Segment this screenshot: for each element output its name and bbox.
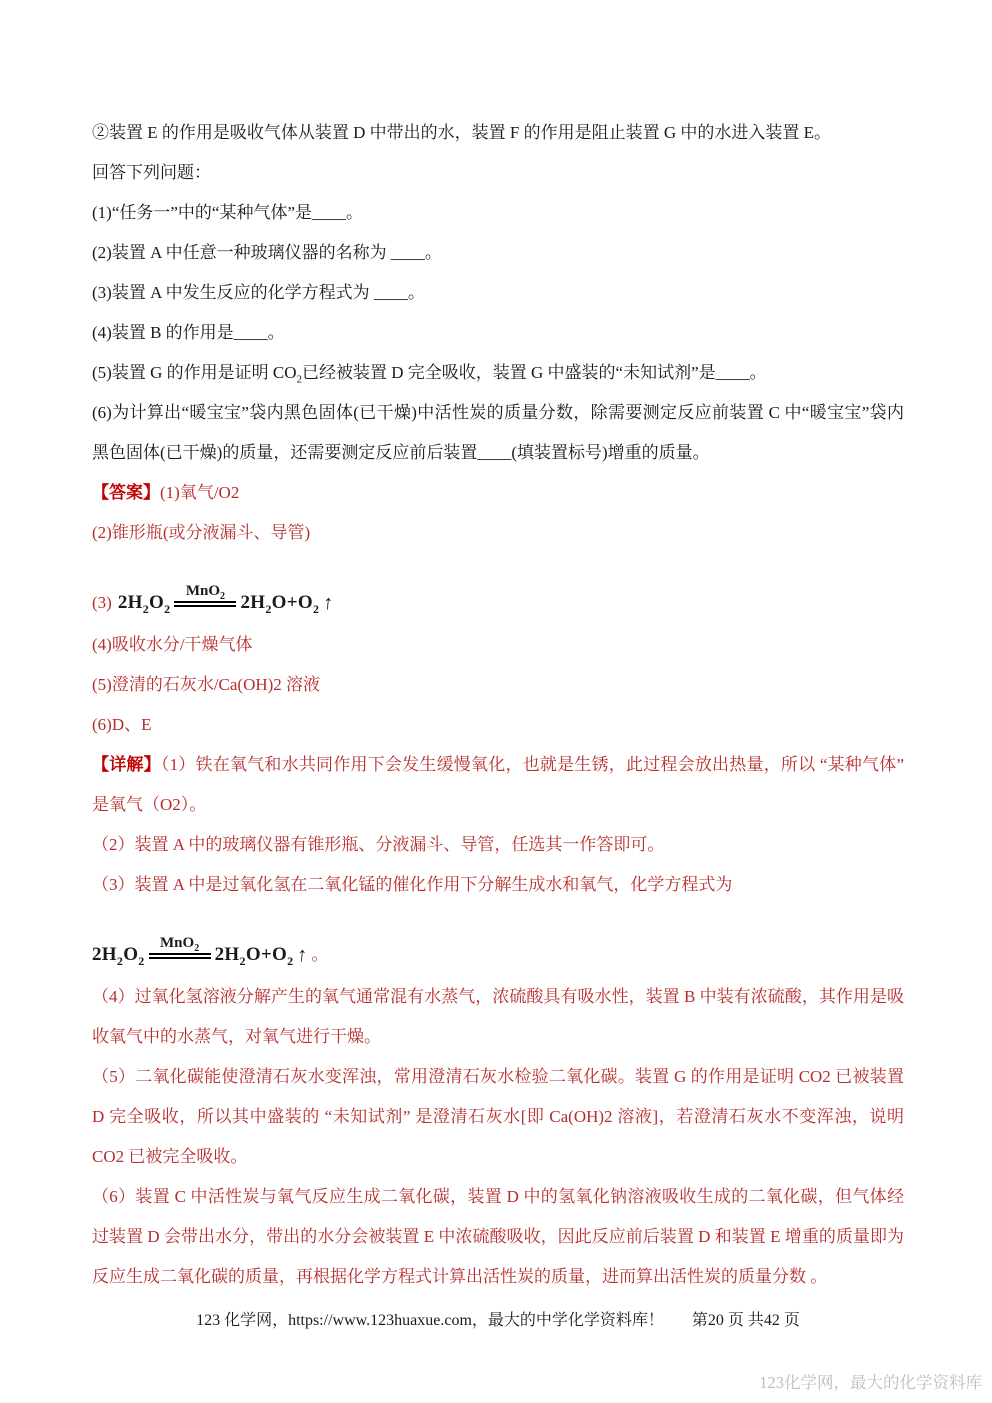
detail-6: （6）装置 C 中活性炭与氧气反应生成二氧化碳，装置 D 中的氢氧化钠溶液吸收生… [92, 1177, 904, 1297]
answer-5: (5)澄清的石灰水/Ca(OH)2 溶液 [92, 665, 904, 705]
answer-2: (2)锥形瓶(或分液漏斗、导管) [92, 513, 904, 553]
chem-equation-answer-3: (3) 2H2O2 MnO2 2H2O+O2 ↑ [92, 565, 904, 615]
footer-site-text: 123 化学网，https://www.123huaxue.com，最大的中学化… [196, 1312, 664, 1329]
question-intro-2: ②装置 E 的作用是吸收气体从装置 D 中带出的水，装置 F 的作用是阻止装置 … [92, 113, 904, 153]
equation-condition-line: MnO2 [149, 934, 211, 967]
equation-products: 2H2O+O2 [240, 591, 319, 615]
answer-header-label: 【答案】 [92, 483, 160, 502]
detail-1: （1）铁在氧气和水共同作用下会发生缓慢氧化，也就是生锈，此过程会放出热量，所以 … [92, 755, 904, 814]
question-6: (6)为计算出“暖宝宝”袋内黑色固体(已干燥)中活性炭的质量分数，除需要测定反应… [92, 393, 904, 473]
answer-3-label: (3) [92, 591, 112, 615]
equation-reactants: 2H2O2 [118, 591, 171, 615]
detail-3: （3）装置 A 中是过氧化氢在二氧化锰的催化作用下分解生成水和氧气，化学方程式为 [92, 865, 904, 905]
document-page: ②装置 E 的作用是吸收气体从装置 D 中带出的水，装置 F 的作用是阻止装置 … [0, 0, 992, 1403]
watermark-text: 123化学网，最大的化学资料库 [759, 1373, 982, 1393]
equation-equals-line [149, 953, 211, 959]
equation-condition-line: MnO2 [174, 582, 236, 615]
detail-5: （5）二氧化碳能使澄清石灰水变浑浊，常用澄清石灰水检验二氧化碳。装置 G 的作用… [92, 1057, 904, 1177]
question-4: (4)装置 B 的作用是____。 [92, 313, 904, 353]
answer-1: (1)氧气/O2 [160, 483, 239, 502]
detail-2: （2）装置 A 中的玻璃仪器有锥形瓶、分液漏斗、导管，任选其一作答即可。 [92, 825, 904, 865]
equation-reactants: 2H2O2 [92, 943, 145, 967]
question-prompt: 回答下列问题： [92, 153, 904, 193]
detail-4: （4）过氧化氢溶液分解产生的氧气通常混有水蒸气，浓硫酸具有吸水性，装置 B 中装… [92, 977, 904, 1057]
answer-6: (6)D、E [92, 705, 904, 745]
equation-catalyst: MnO2 [186, 582, 225, 600]
answer-4: (4)吸收水分/干燥气体 [92, 625, 904, 665]
detail-header-label: 【详解】 [92, 755, 161, 774]
question-3: (3)装置 A 中发生反应的化学方程式为 ____。 [92, 273, 904, 313]
answer-line-1: 【答案】(1)氧气/O2 [92, 473, 904, 513]
footer-page-number: 第20 页 共42 页 [692, 1312, 800, 1329]
question-2: (2)装置 A 中任意一种玻璃仪器的名称为 ____。 [92, 233, 904, 273]
question-5: (5)装置 G 的作用是证明 CO2已经被装置 D 完全吸收，装置 G 中盛装的… [92, 353, 904, 393]
question-5-pre: (5)装置 G 的作用是证明 CO [92, 363, 296, 382]
equation-equals-line [174, 601, 236, 607]
equation-products: 2H2O+O2 [215, 943, 294, 967]
equation-period: 。 [311, 943, 328, 967]
equation-catalyst: MnO2 [160, 934, 199, 952]
question-5-post: 已经被装置 D 完全吸收，装置 G 中盛装的“未知试剂”是____。 [302, 363, 767, 382]
detail-line-1: 【详解】（1）铁在氧气和水共同作用下会发生缓慢氧化，也就是生锈，此过程会放出热量… [92, 745, 904, 825]
gas-up-arrow-icon: ↑ [322, 591, 335, 615]
chem-equation-detail-3: 2H2O2 MnO2 2H2O+O2 ↑ 。 [92, 917, 904, 967]
page-footer: 123 化学网，https://www.123huaxue.com，最大的中学化… [92, 1301, 904, 1341]
document-content: ②装置 E 的作用是吸收气体从装置 D 中带出的水，装置 F 的作用是阻止装置 … [0, 0, 992, 1341]
gas-up-arrow-icon: ↑ [296, 943, 309, 967]
question-1: (1)“任务一”中的“某种气体”是____。 [92, 193, 904, 233]
